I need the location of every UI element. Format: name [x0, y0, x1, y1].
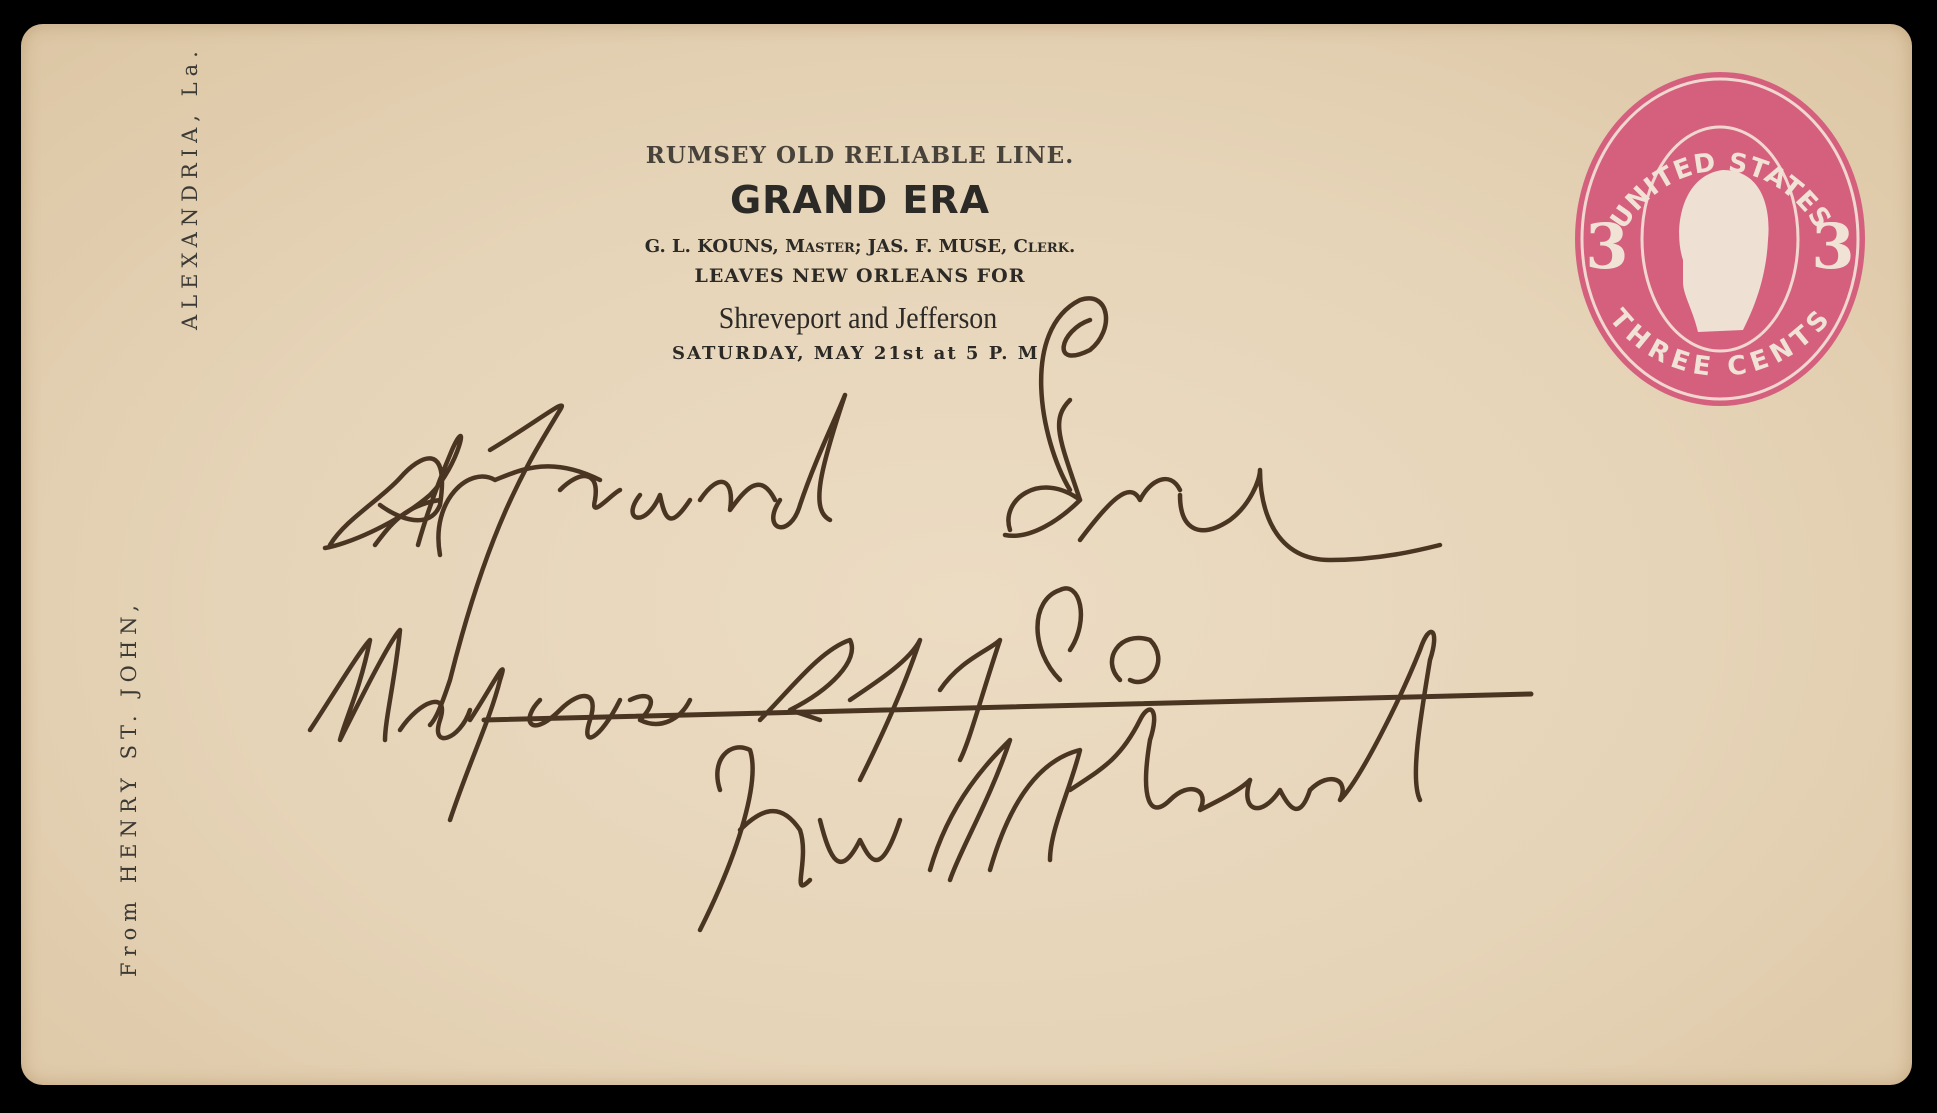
- sailing-date-line: SATURDAY, MAY 21st at 5 P. M.: [672, 343, 1048, 364]
- line-name: RUMSEY OLD RELIABLE LINE.: [646, 142, 1074, 169]
- departure-line: LEAVES NEW ORLEANS FOR: [694, 265, 1025, 287]
- steamboat-name: GRAND ERA: [730, 178, 990, 222]
- sender-name: From HENRY ST. JOHN,: [117, 599, 141, 977]
- officers-line: G. L. KOUNS, Master; JAS. F. MUSE, Clerk…: [645, 236, 1076, 257]
- destination-line: Shreveport and Jefferson: [719, 300, 997, 336]
- stamp-denomination-left: 3: [1585, 210, 1628, 283]
- embossed-stamp: UNITED STATES THREE CENTS 3 3: [1573, 70, 1867, 408]
- stamp-denomination-right: 3: [1811, 210, 1854, 283]
- sender-city: ALEXANDRIA, La.: [178, 45, 202, 330]
